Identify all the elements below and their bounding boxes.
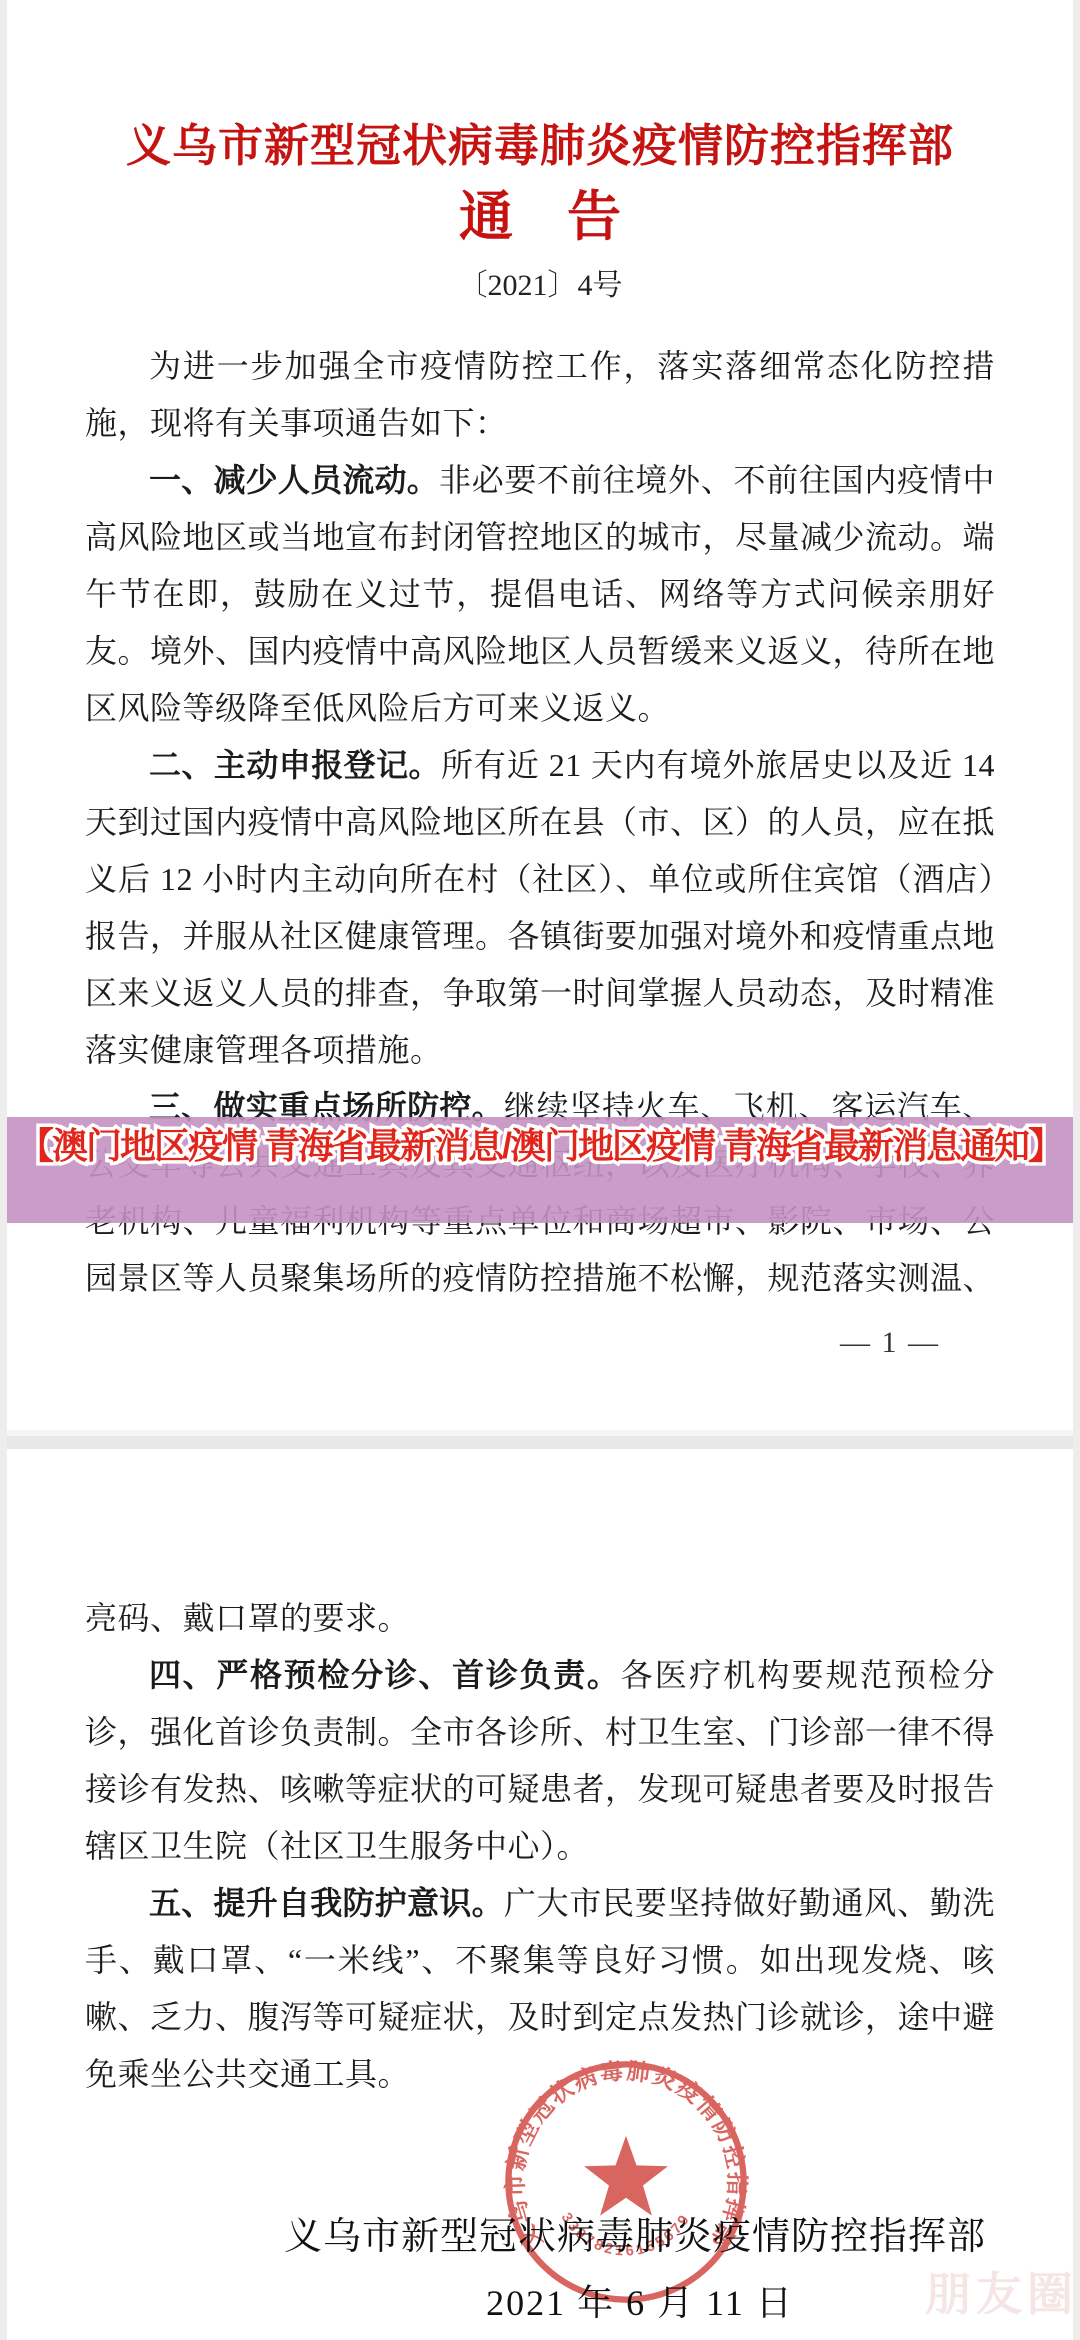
seal-number: 33078216155679 — [558, 2210, 695, 2259]
document-title-notice: 通 告 — [0, 184, 1080, 250]
intro-paragraph: 为进一步加强全市疫情防控工作，落实落细常态化防控措施，现将有关事项通告如下： — [85, 338, 995, 452]
section-1-heading: 一、减少人员流动。 — [149, 462, 439, 498]
overlay-ad-banner[interactable]: 【澳门地区疫情 青海省最新消息/澳门地区疫情 青海省最新消息通知】 【澳门地区疫… — [0, 1117, 1080, 1223]
section-5-heading: 五、提升自我防护意识。 — [149, 1885, 504, 1921]
document-title: 义乌市新型冠状病毒肺炎疫情防控指挥部 — [0, 116, 1080, 176]
seal-star-icon — [584, 2136, 668, 2216]
page-divider — [0, 1436, 1080, 1449]
intro-text: 为进一步加强全市疫情防控工作，落实落细常态化防控措施，现将有关事项通告如下： — [85, 348, 995, 441]
page-number: — 1 — — [840, 1326, 940, 1360]
section-4: 四、严格预检分诊、首诊负责。各医疗机构要规范预检分诊，强化首诊负责制。全市各诊所… — [85, 1647, 995, 1875]
continuation-text: 亮码、戴口罩的要求。 — [85, 1600, 410, 1636]
banner-text-fill: 【澳门地区疫情 青海省最新消息/澳门地区疫情 青海省最新消息通知】 — [10, 1122, 1070, 1169]
section-2: 二、主动申报登记。所有近 21 天内有境外旅居史以及近 14 天到过国内疫情中高… — [85, 737, 995, 1079]
official-seal: 义乌市新型冠状病毒肺炎疫情防控指挥部 33078216155679 — [500, 2056, 752, 2308]
scan-edge-right — [1073, 0, 1080, 2340]
scan-edge-left — [0, 0, 7, 2340]
svg-text:33078216155679: 33078216155679 — [558, 2210, 695, 2259]
site-watermark: 朋友圈 — [925, 2258, 1078, 2324]
overlay-banner-text: 【澳门地区疫情 青海省最新消息/澳门地区疫情 青海省最新消息通知】 【澳门地区疫… — [0, 1117, 1080, 1178]
notice-screenshot: 义乌市新型冠状病毒肺炎疫情防控指挥部 通 告 〔2021〕4号 为进一步加强全市… — [0, 0, 1080, 2340]
continuation-line: 亮码、戴口罩的要求。 — [85, 1590, 995, 1647]
section-1-body: 非必要不前往境外、不前往国内疫情中高风险地区或当地宣布封闭管控地区的城市，尽量减… — [85, 462, 995, 726]
document-number: 〔2021〕4号 — [0, 266, 1080, 306]
section-2-body: 所有近 21 天内有境外旅居史以及近 14 天到过国内疫情中高风险地区所在县（市… — [85, 747, 995, 1068]
section-1: 一、减少人员流动。非必要不前往境外、不前往国内疫情中高风险地区或当地宣布封闭管控… — [85, 452, 995, 737]
section-4-heading: 四、严格预检分诊、首诊负责。 — [149, 1657, 621, 1693]
page2-body: 亮码、戴口罩的要求。 四、严格预检分诊、首诊负责。各医疗机构要规范预检分诊，强化… — [85, 1590, 995, 2103]
document-header: 义乌市新型冠状病毒肺炎疫情防控指挥部 通 告 〔2021〕4号 — [0, 116, 1080, 306]
section-2-heading: 二、主动申报登记。 — [149, 747, 441, 783]
